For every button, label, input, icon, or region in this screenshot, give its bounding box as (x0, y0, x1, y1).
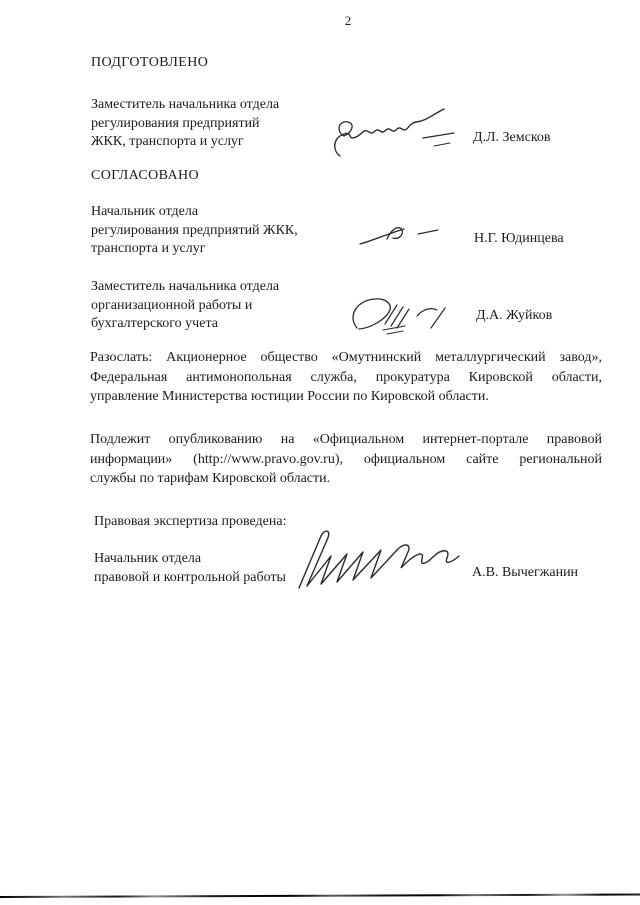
signatory-title: Заместитель начальника отдела регулирова… (91, 96, 341, 152)
page-number: 2 (340, 13, 356, 29)
signature-ink-vychegzhanin (293, 528, 475, 592)
signatory-title-line: регулирования предприятий ЖКК, (91, 222, 351, 241)
signatory-title: Заместитель начальника отдела организаци… (91, 278, 351, 334)
heading-agreed: СОГЛАСОВАНО (91, 168, 199, 184)
signatory-name: Н.Г. Юдинцева (474, 231, 564, 247)
signatory-title-line: Начальник отдела (94, 550, 324, 569)
scanned-document-page: 2 ПОДГОТОВЛЕНО Заместитель начальника от… (0, 0, 640, 905)
signatory-name: А.В. Вычегжанин (472, 565, 578, 581)
signatory-title: Начальник отдела регулирования предприят… (91, 203, 351, 259)
signatory-title-line: Начальник отдела (91, 203, 351, 222)
signatory-title-line: правовой и контрольной работы (94, 569, 324, 588)
legal-review-label: Правовая экспертиза проведена: (94, 513, 286, 532)
signatory-name: Д.Л. Земсков (473, 130, 551, 146)
paragraph-line: Разослать: Акционерное общество «Омутнин… (90, 348, 602, 368)
paragraph-line: службы по тарифам Кировской области. (90, 469, 602, 489)
paragraph-line: Подлежит опубликованию на «Официальном и… (90, 430, 602, 450)
publication-paragraph: Подлежит опубликованию на «Официальном и… (90, 430, 602, 489)
signatory-title-line: Заместитель начальника отдела (91, 96, 341, 115)
paragraph-line: управление Министерства юстиции России п… (90, 387, 602, 407)
heading-prepared: ПОДГОТОВЛЕНО (91, 55, 208, 71)
distribution-paragraph: Разослать: Акционерное общество «Омутнин… (90, 348, 602, 407)
signatory-name: Д.А. Жуйков (476, 308, 552, 324)
signatory-title-line: Заместитель начальника отдела (91, 278, 351, 297)
signatory-title-line: бухгалтерского учета (91, 315, 351, 334)
signatory-title-line: организационной работы и (91, 297, 351, 316)
signatory-title-line: транспорта и услуг (91, 240, 351, 259)
scan-artifact-line (0, 894, 640, 898)
paragraph-line: информации» (http://www.pravo.gov.ru), о… (90, 450, 602, 470)
signature-ink-yudintseva (358, 222, 442, 248)
signature-ink-zhuykov (347, 292, 471, 338)
signatory-title: Начальник отдела правовой и контрольной … (94, 550, 324, 587)
signatory-title-line: регулирования предприятий (91, 115, 341, 134)
signature-ink-zemskov (330, 106, 470, 164)
signatory-title-line: ЖКК, транспорта и услуг (91, 133, 341, 152)
paragraph-line: Федеральная антимонопольная служба, прок… (90, 368, 602, 388)
